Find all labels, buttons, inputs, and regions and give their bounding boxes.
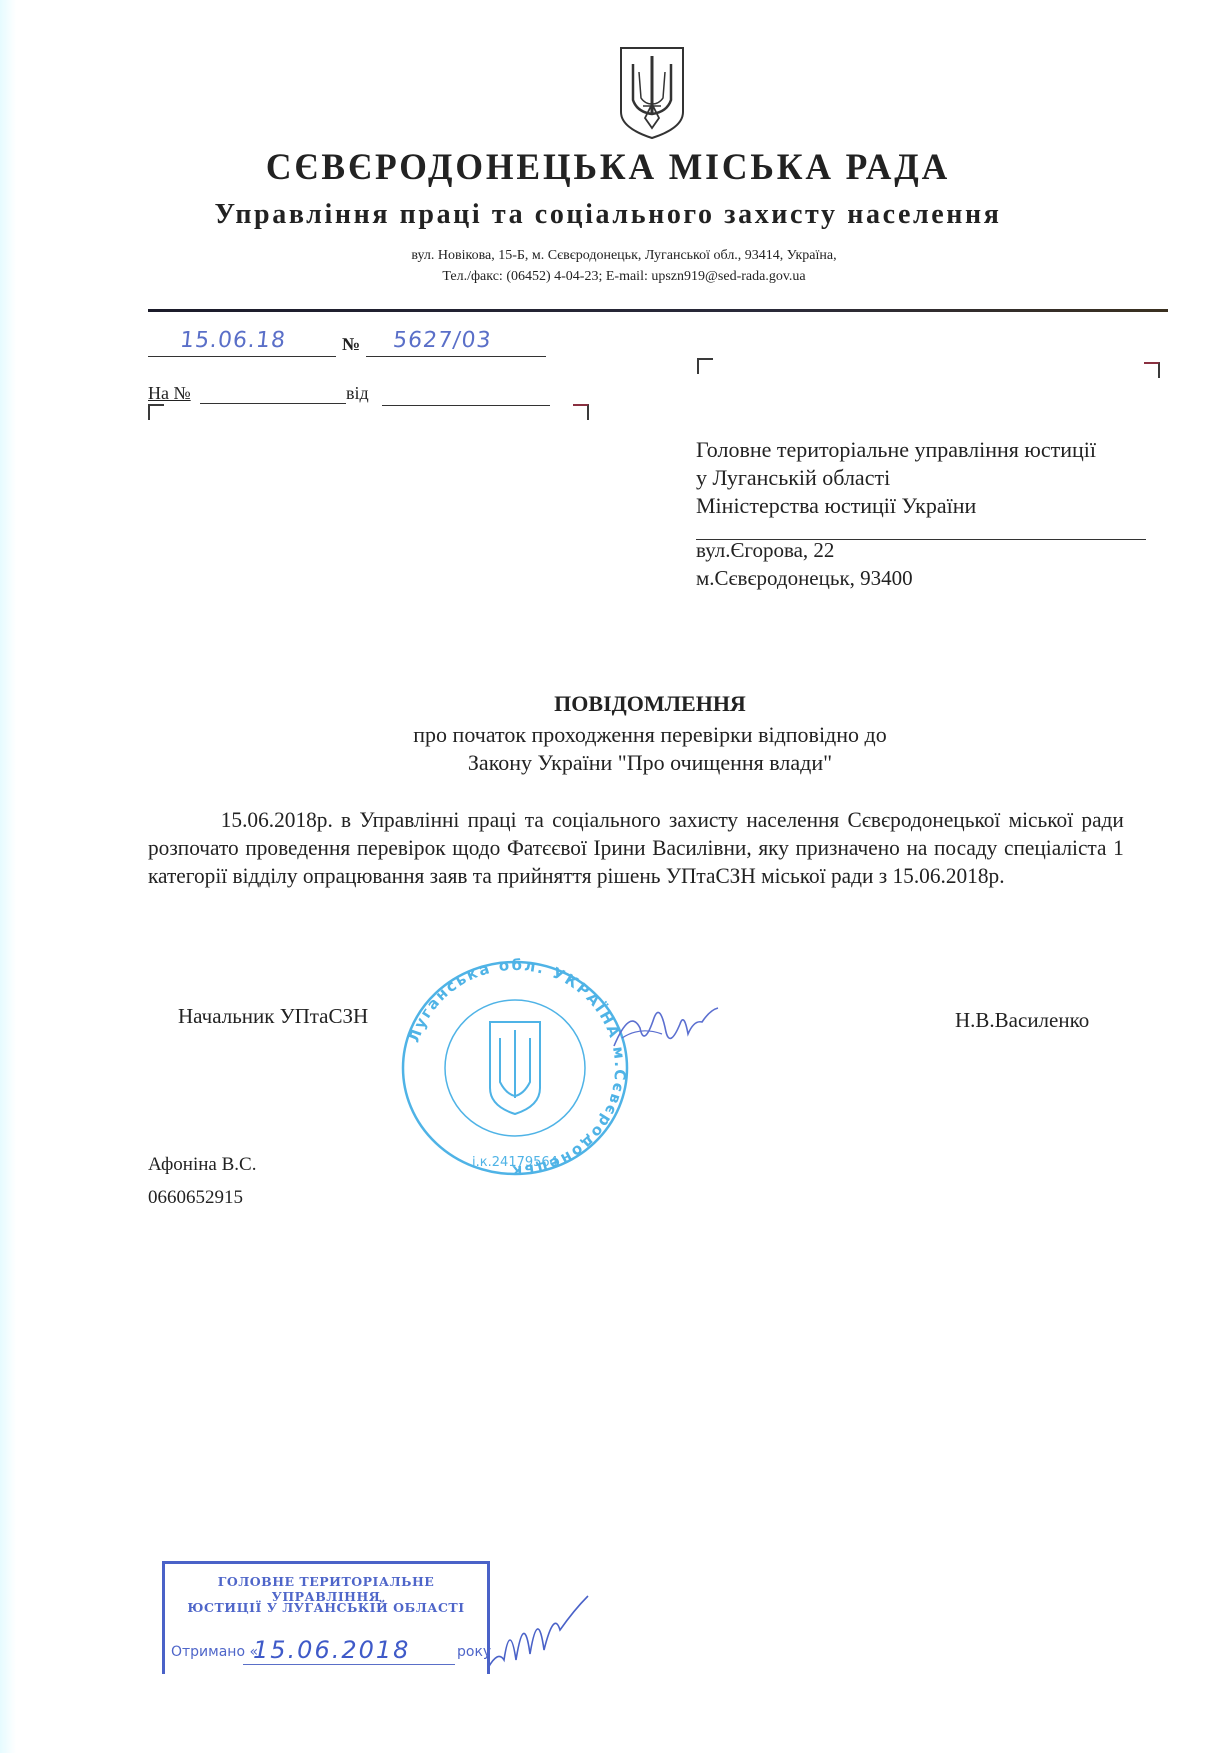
notice-subtitle-1: про початок проходження перевірки відпов…: [0, 722, 1216, 748]
stamp-received-date: 15.06.2018: [253, 1636, 410, 1664]
outgoing-number: 5627/03: [392, 328, 493, 353]
reply-to-label: На №: [148, 383, 191, 404]
received-stamp: ГОЛОВНЕ ТЕРИТОРІАЛЬНЕ УПРАВЛІННЯ ЮСТИЦІЇ…: [162, 1561, 490, 1674]
recipient-line: Міністерства юстиції України: [696, 492, 1096, 520]
coat-of-arms-icon: [617, 44, 687, 140]
department-name: Управління праці та соціального захисту …: [0, 199, 1216, 231]
recipient-block: Головне територіальне управління юстиції…: [696, 436, 1096, 520]
date-field-line: [148, 356, 336, 357]
stamp-date-line: [243, 1664, 455, 1665]
recipient-address: вул.Єгорова, 22 м.Сєвєродонецьк, 93400: [696, 536, 913, 592]
recipient-line: Головне територіальне управління юстиції: [696, 436, 1096, 464]
corner-mark: [573, 404, 589, 420]
official-seal-icon: Луганська обл. УКРАЇНА м.Сєвєродонецьк і…: [400, 958, 630, 1178]
reply-to-number-line: [200, 403, 346, 404]
svg-text:і.к.24179564: і.к.24179564: [472, 1155, 558, 1170]
executor-phone: 0660652915: [148, 1187, 243, 1209]
corner-mark: [1144, 362, 1160, 378]
notice-body: 15.06.2018р. в Управлінні праці та соціа…: [148, 806, 1124, 890]
number-field-line: [366, 356, 546, 357]
corner-mark: [697, 358, 713, 374]
org-address: вул. Новікова, 15-Б, м. Сєвєродонецьк, Л…: [16, 248, 1216, 264]
recipient-street: вул.Єгорова, 22: [696, 536, 913, 564]
notice-subtitle-2: Закону України "Про очищення влади": [0, 750, 1216, 776]
signatory-position: Начальник УПтаСЗН: [178, 1004, 368, 1029]
from-date-line: [382, 405, 550, 406]
handwritten-signature-icon: [610, 998, 720, 1058]
outgoing-date: 15.06.18: [179, 328, 288, 353]
org-title: СЄВЄРОДОНЕЦЬКА МІСЬКА РАДА: [24, 146, 1191, 189]
org-contacts: Тел./факс: (06452) 4-04-23; E-mail: upsz…: [16, 269, 1216, 285]
stamp-line-2: ЮСТИЦІЇ У ЛУГАНСЬКІЙ ОБЛАСТІ: [165, 1600, 487, 1615]
recipient-line: у Луганській області: [696, 464, 1096, 492]
from-label: від: [346, 383, 369, 404]
scan-edge: [0, 0, 16, 1753]
signatory-name: Н.В.Василенко: [955, 1008, 1089, 1033]
notice-title: ПОВІДОМЛЕННЯ: [0, 691, 1216, 717]
stamp-received-label: Отримано «: [171, 1644, 258, 1660]
recipient-city: м.Сєвєродонецьк, 93400: [696, 564, 913, 592]
corner-mark: [148, 404, 164, 420]
executor-name: Афоніна В.С.: [148, 1154, 256, 1176]
number-label: №: [342, 334, 360, 355]
receiver-signature-icon: [484, 1590, 594, 1680]
header-divider: [148, 309, 1168, 312]
